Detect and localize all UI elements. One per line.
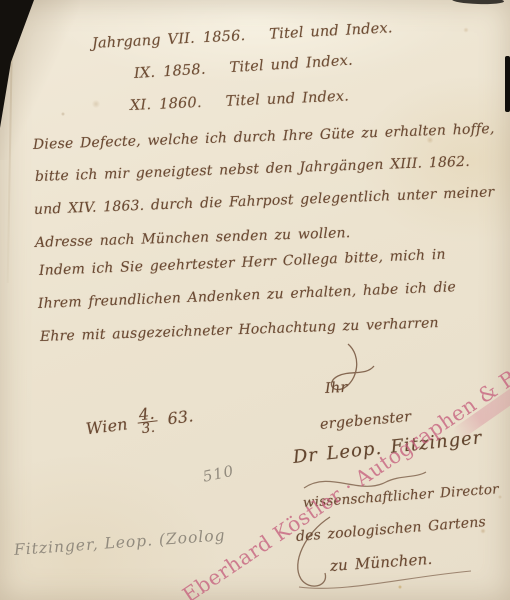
body-line: Indem ich Sie geehrtester Herr Collega b… [39,247,446,279]
body-line: Adresse nach München senden zu wollen. [35,225,351,251]
body-line: bitte ich mir geneigtest nebst den Jahrg… [35,154,470,185]
index-year: 1856. [202,28,245,46]
closing-valediction: ergebenster [319,409,412,433]
body-line: Diese Defecte, welche ich durch Ihre Güt… [33,121,495,153]
index-label: Titel und Index. [225,88,349,109]
index-year: 1858. [163,62,206,81]
index-year: 1860. [159,95,202,113]
dateline: Wien 4.3. 63. [84,402,195,443]
body-line: und XIV. 1863. durch die Fahrpost gelege… [34,184,495,218]
dateline-day-month: 4.3. [136,406,159,436]
index-line: XI.1860.Titel und Index. [130,88,350,114]
index-label: Titel und Index. [269,20,393,42]
dateline-year: 63. [166,406,194,428]
index-volume: Jahrgang VII. [92,31,196,52]
pencil-attribution-note: Fitzinger, Leop. (Zoolog [13,526,226,559]
index-label: Titel und Index. [229,53,353,77]
index-line: Jahrgang VII.1856.Titel und Index. [92,20,393,52]
closing-pronoun: Ihr [325,380,348,397]
index-volume: IX. [134,65,156,82]
letter-paper: Jahrgang VII.1856.Titel und Index. IX.18… [0,0,510,600]
body-line: Ehre mit ausgezeichneter Hochachtung zu … [40,315,439,345]
pencil-catalog-number: 510 [201,462,236,486]
index-line: IX.1858.Titel und Index. [134,53,354,82]
scanned-letter: Jahrgang VII.1856.Titel und Index. IX.18… [0,0,510,600]
closing-paraph-flourish [285,515,475,595]
body-line: Ihrem freundlichen Andenken zu erhalten,… [38,279,457,312]
index-volume: XI. [130,97,152,114]
scan-edge-mark-right [505,56,510,112]
dateline-place: Wien [85,414,129,438]
